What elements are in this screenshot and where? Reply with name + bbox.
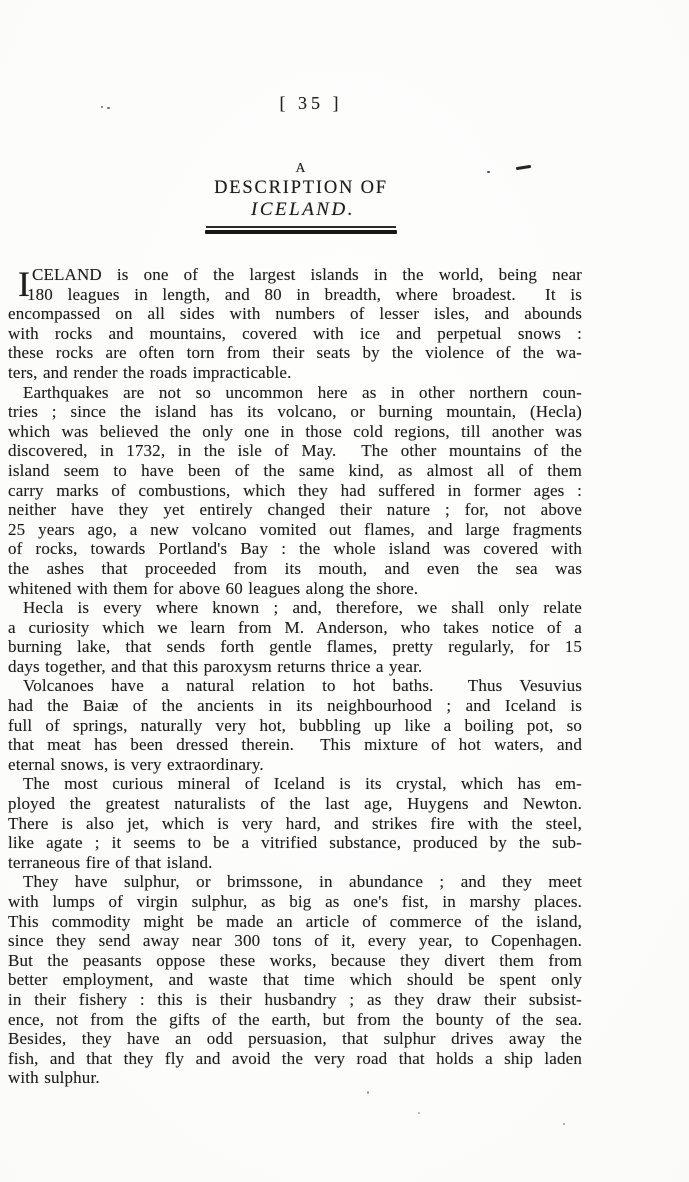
text-line: encompassed on all sides with numbers of… (8, 304, 582, 324)
text-line: days together, and that this paroxysm re… (8, 657, 582, 677)
text-line: tries ; since the island has its volcano… (8, 402, 582, 422)
text-line: There is also jet, which is very hard, a… (8, 814, 582, 834)
paragraph: Volcanoes have a natural relation to hot… (8, 676, 582, 774)
scan-speck (367, 1091, 369, 1094)
text-line: 180 leagues in length, and 80 in breadth… (27, 285, 582, 305)
text-line: whitened with them for above 60 leagues … (8, 579, 582, 599)
text-line: had the Baiæ of the ancients in its neig… (8, 696, 582, 716)
page-title-subject: ICELAND. (16, 199, 590, 221)
page-sheet: [ 35 ] A DESCRIPTION OF ICELAND. ICELAND… (0, 0, 689, 1182)
text-line: fish, and that they fly and avoid the ve… (8, 1049, 582, 1069)
text-line: CELAND is one of the largest islands in … (32, 265, 582, 285)
drop-cap-letter: I (18, 267, 30, 301)
text-line: the ashes that proceeded from its mouth,… (8, 559, 582, 579)
title-double-rule (14, 226, 588, 234)
paragraph: Earthquakes are not so uncommon here as … (8, 383, 582, 599)
text-line: with rocks and mountains, covered with i… (8, 324, 582, 344)
text-line: Volcanoes have a natural relation to hot… (8, 676, 582, 696)
text-line: with sulphur. (8, 1068, 582, 1088)
rule-thin-line (206, 226, 396, 228)
paragraph: Hecla is every where known ; and, theref… (8, 598, 582, 676)
text-line: burning lake, that sends forth gentle fl… (8, 637, 582, 657)
text-line: terraneous fire of that island. (8, 853, 582, 873)
text-line: ence, not from the gifts of the earth, b… (8, 1010, 582, 1030)
text-line: full of springs, naturally very hot, bub… (8, 716, 582, 736)
text-line: of rocks, towards Portland's Bay : the w… (8, 539, 582, 559)
text-line: which was believed the only one in those… (8, 422, 582, 442)
text-line: eternal snows, is very extraordinary. (8, 755, 582, 775)
book-page-scan: [ 35 ] A DESCRIPTION OF ICELAND. ICELAND… (0, 0, 689, 1182)
text-line: They have sulphur, or brimssone, in abun… (8, 872, 582, 892)
text-line: with lumps of virgin sulphur, as big as … (8, 892, 582, 912)
text-line: Besides, they have an odd persuasion, th… (8, 1029, 582, 1049)
text-line: 25 years ago, a new volcano vomited out … (8, 520, 582, 540)
text-line: ployed the greatest naturalists of the l… (8, 794, 582, 814)
text-line: Hecla is every where known ; and, theref… (8, 598, 582, 618)
text-line: Earthquakes are not so uncommon here as … (8, 383, 582, 403)
text-line: better employment, and waste that time w… (8, 970, 582, 990)
text-line: This commodity might be made an article … (8, 912, 582, 932)
rule-thick-line (205, 230, 397, 234)
text-line: The most curious mineral of Iceland is i… (8, 774, 582, 794)
body-text: ICELAND is one of the largest islands in… (8, 265, 582, 1088)
scan-speck (418, 1112, 420, 1114)
text-line: these rocks are often torn from their se… (8, 343, 582, 363)
page-title: DESCRIPTION OF (14, 178, 588, 199)
text-line: that meat has been dressed therein. This… (8, 735, 582, 755)
text-line: in their fishery : this is their husband… (8, 990, 582, 1010)
text-line: like agate ; it seems to be a vitrified … (8, 833, 582, 853)
paragraph: ICELAND is one of the largest islands in… (8, 265, 582, 383)
page-number-folio: [ 35 ] (24, 93, 598, 114)
text-line: discovered, in 1732, in the isle of May.… (8, 441, 582, 461)
title-article-word: A (14, 160, 588, 176)
scan-speck (107, 107, 110, 109)
paragraph: They have sulphur, or brimssone, in abun… (8, 872, 582, 1088)
paragraph: The most curious mineral of Iceland is i… (8, 774, 582, 872)
scan-speck (101, 106, 103, 108)
text-line: since they send away near 300 tons of it… (8, 931, 582, 951)
text-line: a curiosity which we learn from M. Ander… (8, 618, 582, 638)
text-line: carry marks of combustions, which they h… (8, 481, 582, 501)
scan-speck (563, 1123, 565, 1125)
text-line: neither have they yet entirely changed t… (8, 500, 582, 520)
text-line: But the peasants oppose these works, bec… (8, 951, 582, 971)
text-line: island seem to have been of the same kin… (8, 461, 582, 481)
text-line: ters, and render the roads impracticable… (8, 363, 582, 383)
